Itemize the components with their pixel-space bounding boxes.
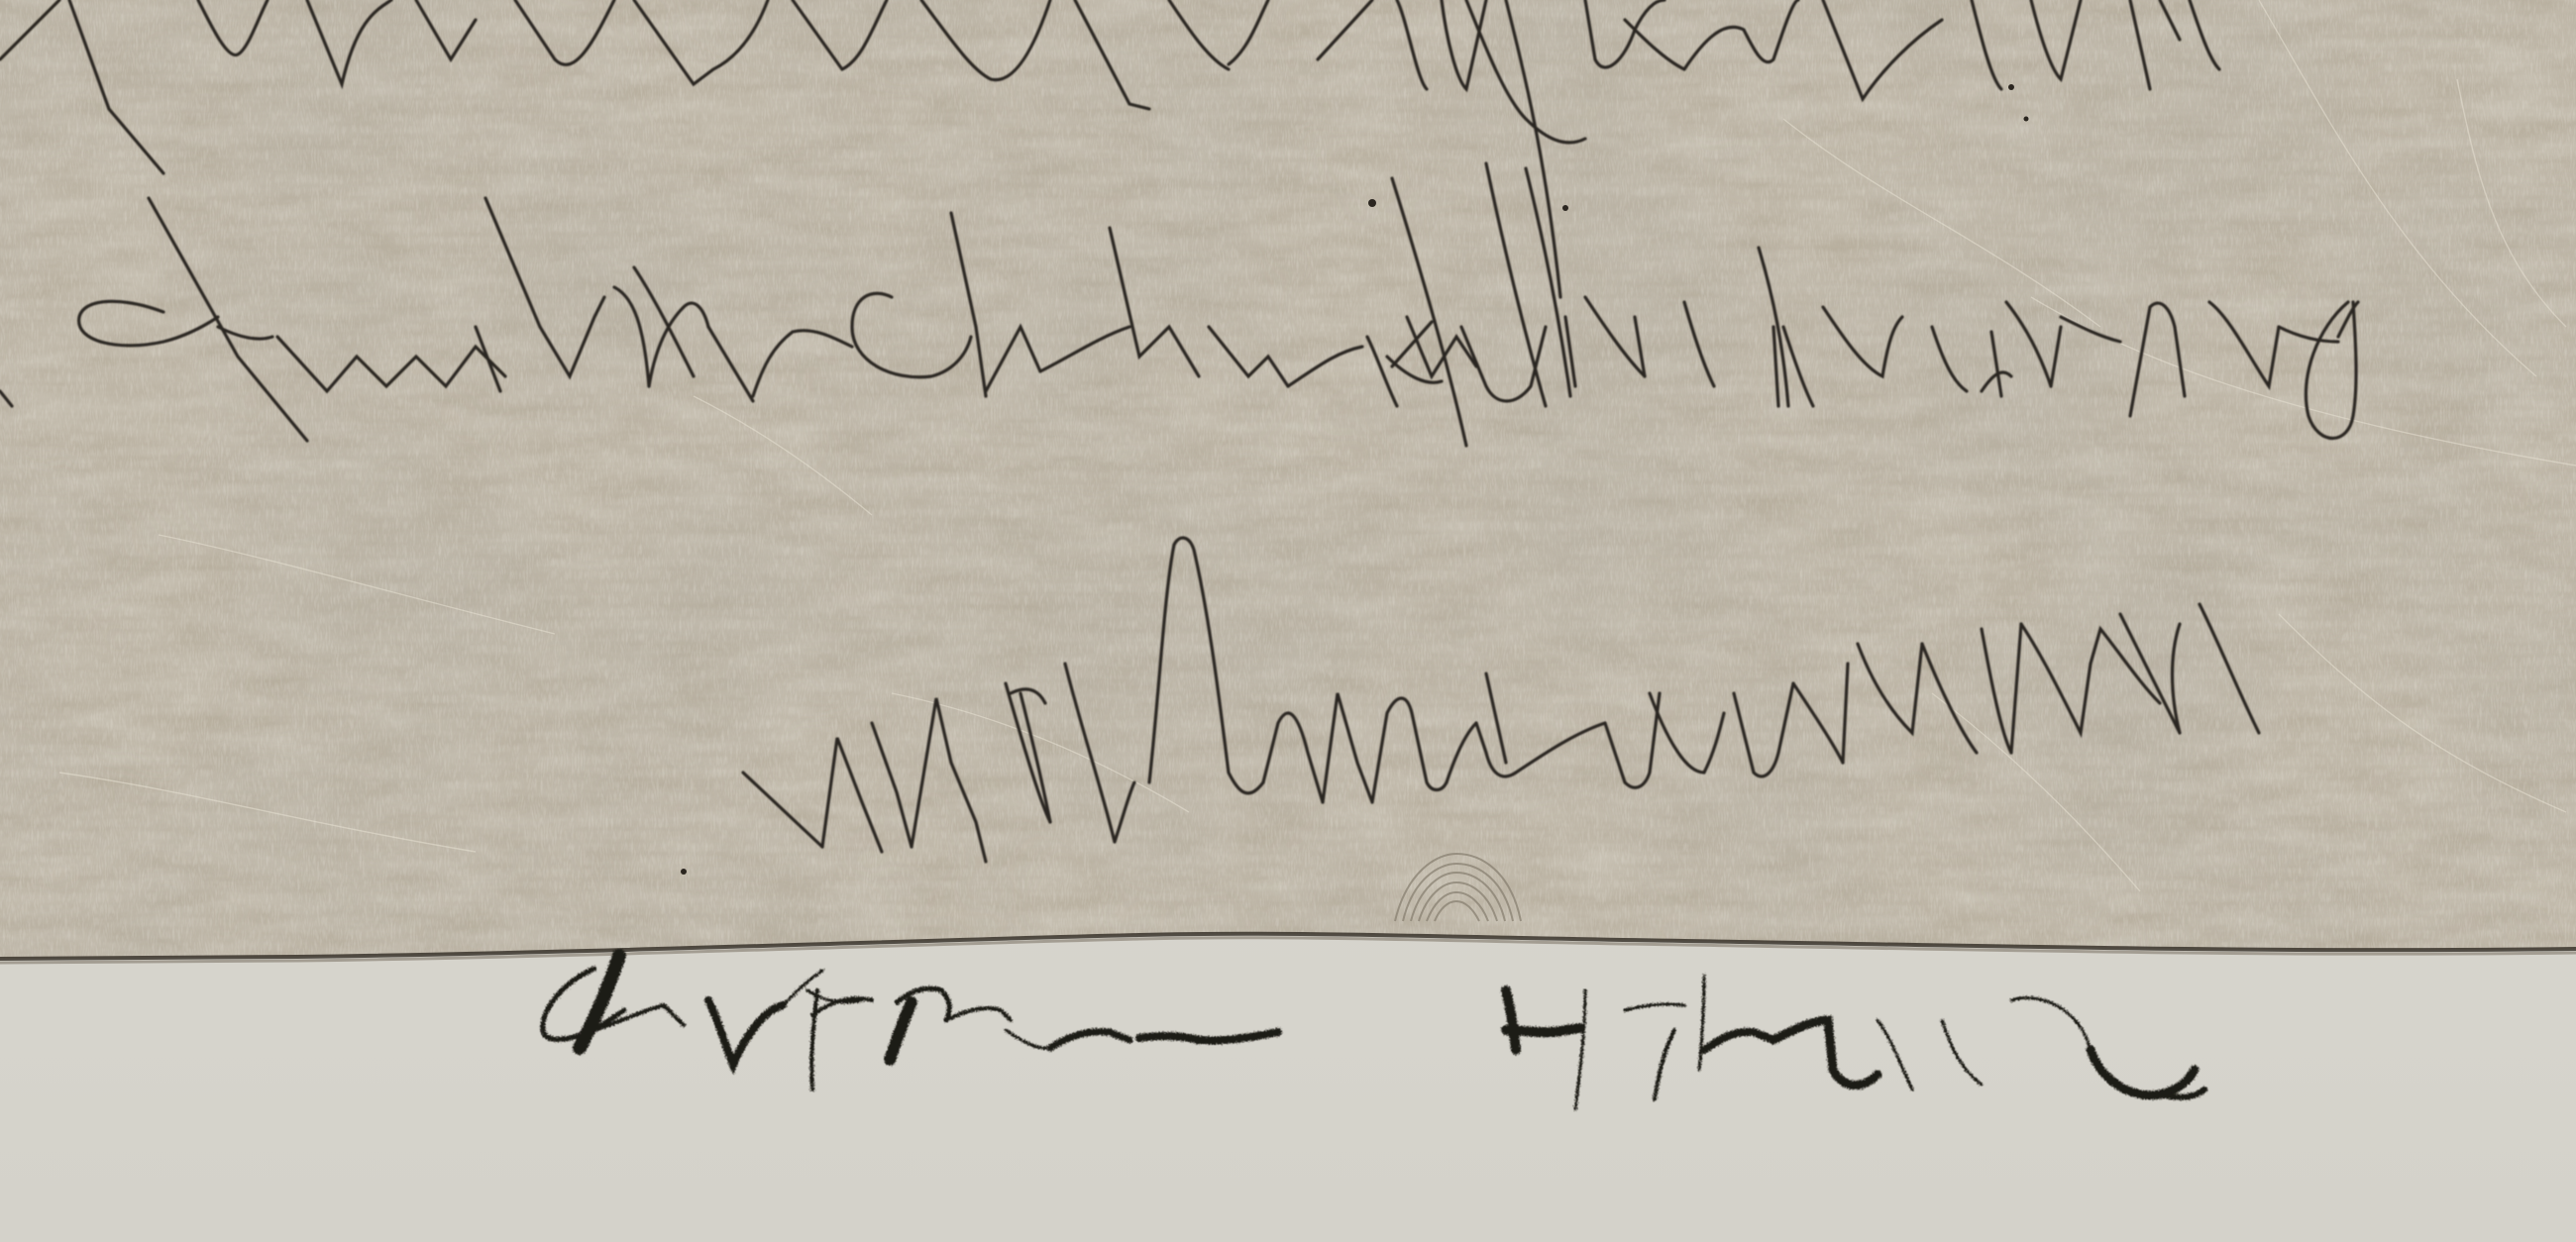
print-illustration xyxy=(0,0,2576,1242)
plate-tone-area xyxy=(0,0,2576,971)
print-photograph: Close-up of an intaglio print: mirror-re… xyxy=(0,0,2576,1242)
